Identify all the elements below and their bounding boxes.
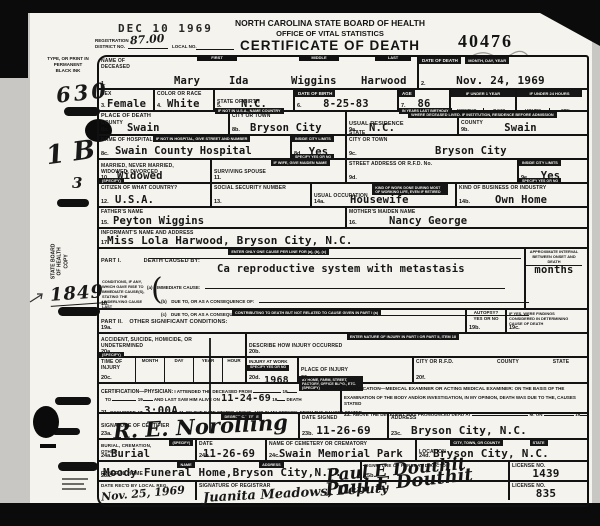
field-part2-other-conditions: PART II. OTHER SIGNIFICANT CONDITIONS: C…	[99, 310, 467, 332]
line-b-blank	[259, 296, 529, 303]
field-inside-city-limits-8d: INSIDE CITY LIMITS SPECIFY YES OR NO 8d.…	[292, 136, 347, 158]
field-certification-physician: 1968 CERTIFICATION—PHYSICIAN: I ATTENDED…	[99, 384, 342, 412]
column-tick-middle: MIDDLE	[299, 55, 339, 61]
state-label: STATE	[538, 358, 582, 365]
form-grid: FIRST MIDDLE LAST NAME OF DECEASED 1. Ma…	[97, 55, 589, 507]
field-how-injury-occurred: DESCRIBE HOW INJURY OCCURRED ENTER NATUR…	[247, 334, 582, 356]
item-number: 13.	[214, 199, 222, 205]
field-hospital: NAME OF HOSPITAL OR INSTITUTIONIF NOT IN…	[99, 136, 292, 158]
registration-district-number: 87.00	[130, 32, 165, 47]
hospital-label: NAME OF HOSPITAL OR INSTITUTION	[99, 136, 153, 143]
date-of-death-value: Nov. 24, 1969	[419, 75, 582, 86]
citizen-value: U.S.A.	[115, 195, 154, 206]
margin-note-3: 3	[72, 174, 82, 192]
item-number: 15.	[101, 220, 109, 226]
street-address-label: STREET ADDRESS OR R.F.D. No.	[347, 160, 517, 167]
field-city-of-death: CITY OR TOWN 8b. Bryson City	[230, 112, 347, 134]
field-part1-cause-of-death: PART I. DEATH CAUSED BY: ENTER ONLY ONE …	[99, 249, 526, 308]
item-number: 20d.	[249, 375, 260, 381]
inside-city-limits-label: INSIDE CITY LIMITS	[292, 136, 334, 142]
part1-header-rule	[149, 258, 521, 259]
city-town-county-sublabel: CITY, TOWN, OR COUNTY	[450, 440, 503, 446]
age-label: AGE	[399, 90, 415, 97]
field-burial-date: DATE 24b. 11-26-69	[197, 440, 267, 460]
burial-date-value: 11-26-69	[203, 449, 255, 460]
column-tick-first: FIRST	[197, 55, 237, 61]
burial-specify-sublabel: (SPECIFY)	[169, 440, 193, 446]
item-number: 20f.	[416, 375, 425, 381]
place-of-death-label: PLACE OF DEATH	[99, 112, 228, 120]
residence-city-label: CITY OR TOWN	[347, 136, 582, 143]
item-number: 19c.	[509, 325, 520, 331]
field-race: COLOR OR RACE 4. White	[155, 90, 215, 110]
item-number: 9a.	[349, 127, 357, 133]
residence-state-label: STATE	[347, 130, 457, 136]
item-number: 4.	[157, 103, 162, 109]
under-24-hours-label: IF UNDER 24 HOURS	[517, 90, 582, 97]
inside-city-limits-value: Yes	[292, 147, 345, 158]
item-number: 18.	[101, 301, 109, 307]
item-number: 14b.	[459, 199, 470, 205]
interval-value: months	[526, 265, 582, 276]
hour-col-label: HOUR	[222, 358, 245, 382]
city-or-town-label: CITY OR TOWN	[230, 112, 345, 119]
surviving-spouse-label: SURVIVING SPOUSE	[212, 168, 266, 175]
examination-text: EXAMINATION OF THE BODY AND/OR INVESTIGA…	[342, 393, 582, 407]
item-number: 20b.	[249, 349, 260, 355]
autopsy-label: AUTOPSY?YES OR NO	[467, 310, 505, 322]
field-residence-city: CITY OR TOWN 9c. Bryson City	[347, 136, 582, 158]
other-significant-conditions-label: OTHER SIGNIFICANT CONDITIONS:	[127, 318, 227, 325]
spouse-maiden-sublabel: IF WIFE, GIVE MAIDEN NAME	[271, 160, 330, 166]
burial-date-label: DATE	[197, 440, 265, 447]
item-number: 1.	[101, 81, 106, 87]
name-label: NAME OF DECEASED	[99, 57, 137, 71]
immediate-cause-value: Ca reproductive system with metastasis	[217, 264, 465, 275]
field-cemetery: NAME OF CEMETERY OR CREMATORY 24c. Swain…	[267, 440, 417, 460]
item-number: 9c.	[349, 151, 357, 157]
field-date-signed: DATE SIGNED 23b. 11-26-69	[300, 414, 389, 438]
cemetery-value: Swain Memorial Park	[279, 449, 403, 460]
address-label: ADDRESS	[389, 414, 582, 421]
field-injury-location: CITY OR R.F.D. COUNTY STATE 20f.	[414, 358, 582, 382]
field-signature-of-certifier: SIGNATURE OF CERTIFIER DEGREE OR TITLE 2…	[99, 414, 300, 438]
local-no-label: LOCAL NO.	[172, 44, 197, 50]
item-number: 8b.	[232, 127, 240, 133]
field-license-no-embalmer: LICENSE NO. 835	[510, 482, 582, 500]
field-surviving-spouse: SURVIVING SPOUSE IF WIFE, GIVE MAIDEN NA…	[212, 160, 347, 182]
race-label: COLOR OR RACE	[155, 90, 213, 97]
father-name-value: Peyton Wiggins	[113, 216, 204, 227]
field-time-of-injury: TIME OF INJURY MONTH DAY YEAR HOUR 20c.	[99, 358, 247, 382]
age-value: 86	[399, 99, 449, 110]
item-number: 16.	[349, 220, 357, 226]
certificate-title: CERTIFICATE OF DEATH	[228, 38, 432, 55]
medical-examiner-title: CERTIFICATION—MEDICAL EXAMINER OR ACTING…	[344, 387, 513, 392]
occupation-value: Housewife	[350, 195, 409, 206]
marital-status-value: Widowed	[117, 171, 163, 182]
field-funeral-home: FUNERAL HOME NAME ADDRESS 25a. Moody Fun…	[99, 462, 362, 480]
name-last-value: Harwood	[361, 76, 407, 87]
item-number: 19b.	[469, 325, 480, 331]
field-accident-suicide-homicide: ACCIDENT, SUICIDE, HOMICIDE, OR UNDETERM…	[99, 334, 247, 356]
field-citizen: CITIZEN OF WHAT COUNTRY? 12. U.S.A.	[99, 184, 212, 206]
field-industry: KIND OF BUSINESS OR INDUSTRY 14b. Own Ho…	[457, 184, 582, 206]
burial-value: Burial	[111, 449, 150, 460]
field-occupation: USUAL OCCUPATION KIND OF WORK DONE DURIN…	[312, 184, 457, 206]
date-signed-label: DATE SIGNED	[300, 414, 387, 421]
industry-label: KIND OF BUSINESS OR INDUSTRY	[457, 184, 582, 191]
item-number: 23a.	[101, 431, 112, 437]
how-injury-label: DESCRIBE HOW INJURY OCCURRED	[247, 342, 342, 349]
field-inside-city-limits-9e: INSIDE CITY LIMITS SPECIFY YES OR NO 9e.…	[519, 160, 582, 182]
item-number: 8c.	[101, 151, 109, 157]
item-number: 3.	[101, 103, 106, 109]
column-tick-last: LAST	[375, 55, 411, 61]
ssn-label: SOCIAL SECURITY NUMBER	[212, 184, 310, 191]
under-1-year-label: IF UNDER 1 YEAR	[451, 90, 515, 97]
field-sex: SEX 3. Female	[99, 90, 155, 110]
city-or-rfd-label: CITY OR R.F.D.	[414, 358, 476, 365]
citizen-label: CITIZEN OF WHAT COUNTRY?	[99, 184, 210, 191]
inside-city-limits-value: Yes	[519, 171, 582, 182]
margin-tab-certifier	[55, 397, 91, 405]
item-number: 23c.	[391, 431, 402, 437]
item-number: 9d.	[349, 175, 357, 181]
field-ssn: SOCIAL SECURITY NUMBER 13.	[212, 184, 312, 206]
residence-state-value: N.C.	[369, 123, 395, 134]
field-mother-name: MOTHER'S MAIDEN NAME 16. Nancy George	[347, 208, 582, 227]
board-of-health-title: NORTH CAROLINA STATE BOARD OF HEALTH	[228, 19, 432, 29]
to-text: TO	[105, 397, 111, 402]
field-autopsy: AUTOPSY?YES OR NO 19b.	[467, 310, 507, 332]
margin-tab-burial	[58, 462, 98, 471]
margin-tab-deceased	[64, 107, 100, 116]
name-middle-value: Ida	[229, 76, 249, 87]
margin-dash	[40, 444, 56, 448]
margin-tab-parents	[57, 199, 89, 207]
director-license-value: 1439	[510, 468, 582, 479]
cemetery-label: NAME OF CEMETERY OR CREMATORY	[267, 440, 415, 447]
field-date-of-birth: DATE OF BIRTH 6. 8-25-83	[295, 90, 399, 110]
part2-label: PART II.	[99, 318, 123, 325]
industry-value: Own Home	[495, 195, 547, 206]
field-age: AGEIN YEARS LAST BIRTHDAY 7. 86	[399, 90, 451, 110]
field-interval-onset-death: APPROXIMATE INTERVALBETWEEN ONSET AND DE…	[526, 249, 582, 308]
pen-mark	[28, 292, 44, 304]
field-date-of-death: DATE OF DEATH MONTH, DAY, YEAR 2. Nov. 2…	[419, 57, 582, 88]
how-injury-sublabel: ENTER NATURE OF INJURY IN PART I OR PART…	[347, 334, 459, 340]
sex-label: SEX	[99, 90, 153, 97]
sex-value: Female	[107, 99, 146, 110]
date-of-death-label: DATE OF DEATH	[419, 57, 461, 64]
name-first-value: Mary	[174, 76, 200, 87]
item-number: 10.	[101, 175, 109, 181]
item-number: 12.	[101, 199, 109, 205]
mother-name-value: Nancy George	[389, 216, 467, 227]
field-registrar-signature: SIGNATURE OF REGISTRAR Juanita Meadows, …	[197, 482, 510, 500]
part2-note: CONTRIBUTING TO DEATH BUT NOT RELATED TO…	[232, 310, 381, 316]
field-place-of-injury: PLACE OF INJURY AT HOME, FARM, STREET, F…	[299, 358, 414, 382]
on-basis-text: ON THE BASIS OF THE	[515, 386, 565, 391]
date-signed-value: 11-26-69	[300, 425, 387, 436]
injury-at-work-sublabel: SPECIFY YES OR NO	[247, 365, 289, 371]
hole-punch-2	[33, 406, 59, 438]
day-col-label: DAY	[164, 358, 193, 382]
state-of-birth-value: N.C.	[215, 99, 293, 110]
item-number: 20c.	[101, 375, 112, 381]
county-label: COUNTY	[476, 358, 538, 365]
field-state-of-birth: STATE OF BIRTH IF NOT IN U.S.A., NAME CO…	[215, 90, 295, 110]
line-a-blank	[205, 282, 505, 289]
item-number: 14a.	[314, 199, 325, 205]
certificate-number: 40476	[458, 32, 513, 50]
attended-from-year-value: 1968	[264, 376, 289, 386]
blank	[112, 394, 136, 401]
field-residence-state: USUAL RESIDENCE WHERE DECEASED LIVED. IF…	[347, 112, 459, 134]
hospital-sublabel: IF NOT IN HOSPITAL, GIVE STREET AND NUMB…	[153, 136, 250, 142]
date-of-birth-value: 8-25-83	[295, 99, 397, 110]
registration-blank-line	[128, 48, 168, 49]
field-marital-status: MARRIED, NEVER MARRIED, WIDOWED, DIVORCE…	[99, 160, 212, 182]
field-certification-medical-examiner: CERTIFICATION—MEDICAL EXAMINER OR ACTING…	[342, 384, 582, 412]
blank	[143, 394, 153, 401]
part1-label: PART I.	[99, 257, 121, 264]
field-father-name: FATHER'S NAME 15. Peyton Wiggins	[99, 208, 347, 227]
photo-edge-topleft	[0, 0, 28, 78]
county-label: COUNTY	[99, 120, 228, 126]
findings-label: IF YES, WERE FINDINGS CONSIDERED IN DETE…	[507, 310, 582, 326]
item-number: 8a.	[101, 127, 109, 133]
field-if-under-1-year: IF UNDER 1 YEAR MONTHS DAYS	[451, 90, 517, 110]
date-of-death-sublabel: MONTH, DAY, YEAR	[465, 57, 509, 64]
state-board-copy-label: STATE BOARDOF HEALTHCOPY	[51, 231, 70, 291]
informant-value: Miss Lola Harwood, Bryson City, N.C.	[107, 235, 353, 246]
race-value: White	[167, 99, 200, 110]
name-maiden-value: Wiggins	[291, 76, 337, 87]
field-certifier-address: ADDRESS 23c. Bryson City, N.C.	[389, 414, 582, 438]
photo-edge-top	[0, 0, 600, 13]
last-saw-alive-text: AND LAST SAW HIM ALIVE ON	[154, 397, 220, 402]
certifier-signature-value: R. E. Norolling	[112, 409, 288, 443]
date-of-birth-label: DATE OF BIRTH	[295, 90, 335, 97]
office-subtitle: OFFICE OF VITAL STATISTICS	[228, 29, 432, 38]
field-date-received: DATE REC'D BY LOCAL REG. Nov. 25, 1969	[99, 482, 197, 500]
item-number: 19a.	[101, 325, 112, 331]
blank	[287, 386, 297, 393]
month-col-label: MONTH	[135, 358, 164, 382]
type-or-print-instruction: TYPE, OR PRINT INPERMANENTBLACK INK	[44, 56, 92, 74]
usual-residence-sublabel: WHERE DECEASED LIVED. IF INSTITUTION, RE…	[408, 112, 556, 118]
field-license-no-director: LICENSE NO. 1439	[510, 462, 582, 480]
one-cause-per-line-note: ENTER ONLY ONE CAUSE PER LINE FOR (a), (…	[228, 249, 329, 255]
residence-county-value: Swain	[459, 123, 582, 134]
field-name-of-deceased: FIRST MIDDLE LAST NAME OF DECEASED 1. Ma…	[99, 57, 419, 88]
accident-label: ACCIDENT, SUICIDE, HOMICIDE, OR UNDETERM…	[99, 336, 221, 350]
margin-tab-cause	[58, 307, 100, 316]
field-county-of-death: PLACE OF DEATH COUNTY 8a. Swain	[99, 112, 230, 134]
blank	[277, 394, 285, 401]
registration-district-label: REGISTRATIONDISTRICT NO.	[95, 38, 129, 49]
city-of-death-value: Bryson City	[250, 123, 322, 134]
form-number-line-1	[62, 478, 88, 480]
field-if-under-24-hours: IF UNDER 24 HOURS HOURS MIN.	[517, 90, 582, 110]
death-certificate-photo: DEC 10 1969 REGISTRATIONDISTRICT NO. 87.…	[0, 0, 600, 526]
embalmer-license-value: 835	[510, 488, 582, 499]
funeral-home-value: Moody Funeral Home,Bryson City,N.C.	[103, 467, 342, 478]
hospital-value: Swain County Hospital	[115, 146, 252, 157]
last-seen-date-value: 11-24-69	[221, 393, 271, 404]
blank	[253, 386, 281, 393]
field-street-address: STREET ADDRESS OR R.F.D. No. 9d.	[347, 160, 519, 182]
injury-at-work-label: INJURY AT WORK	[247, 358, 297, 365]
county-of-death-value: Swain	[127, 123, 160, 134]
form-number-line-2	[62, 483, 84, 485]
state-sublabel: STATE	[530, 440, 548, 446]
death-text: DEATH	[286, 397, 301, 402]
residence-city-value: Bryson City	[435, 146, 507, 157]
certifier-address-value: Bryson City, N.C.	[411, 425, 527, 436]
field-informant: INFORMANT'S NAME AND ADDRESS 17. Miss Lo…	[99, 229, 582, 247]
inside-city-limits-label: INSIDE CITY LIMITS	[519, 160, 561, 166]
year-col-label: YEAR	[193, 358, 222, 382]
form-number-line-3	[62, 488, 86, 490]
item-number: 11.	[214, 175, 221, 181]
place-of-injury-label: PLACE OF INJURY	[299, 366, 348, 373]
field-autopsy-findings: IF YES, WERE FINDINGS CONSIDERED IN DETE…	[507, 310, 582, 332]
item-number: 20e.	[301, 375, 312, 381]
item-number: 20a.	[101, 349, 112, 355]
